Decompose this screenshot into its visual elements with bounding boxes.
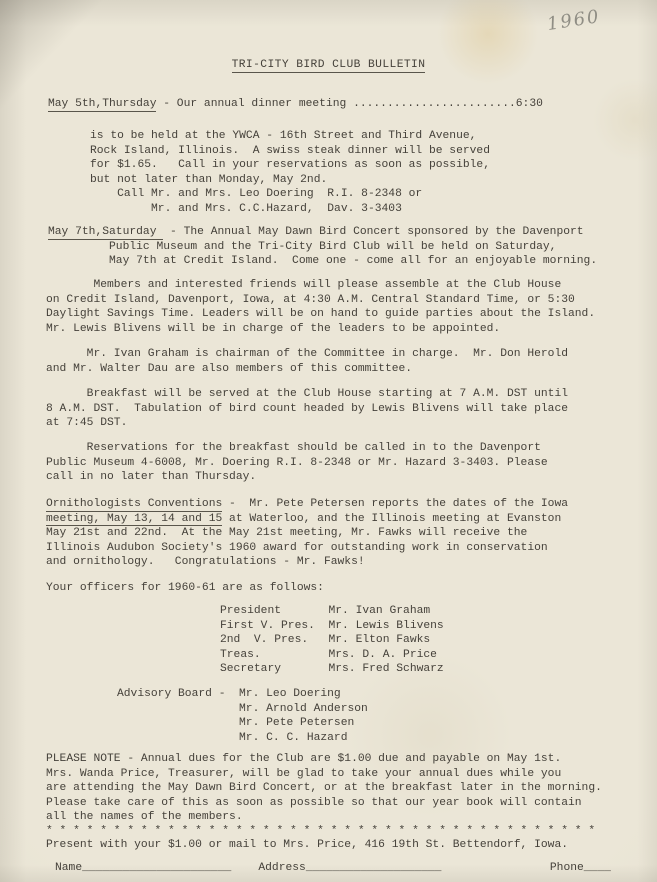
officers-intro: Your officers for 1960-61 are as follows…: [46, 581, 324, 596]
conventions-rest-1: - Mr. Pete Petersen reports the dates of…: [222, 498, 568, 510]
conventions-heading: Ornithologists Conventions: [46, 498, 222, 512]
membership-form-line: Name______________________ Address______…: [55, 861, 611, 876]
advisory-board-list: Advisory Board - Mr. Leo Doering Mr. Arn…: [117, 687, 368, 745]
handwritten-year: 1960: [546, 10, 601, 33]
present-instruction-line: Present with your $1.00 or mail to Mrs. …: [46, 838, 568, 853]
may5-heading-rest: - Our annual dinner meeting ............…: [156, 98, 542, 110]
committee-paragraph: Mr. Ivan Graham is chairman of the Commi…: [46, 347, 568, 376]
conventions-paragraph: Ornithologists Conventions - Mr. Pete Pe…: [46, 497, 568, 570]
may7-date-heading: May 7th,Saturday: [48, 226, 163, 240]
members-paragraph: Members and interested friends will plea…: [46, 278, 595, 336]
may5-heading-line: May 5th,Thursday - Our annual dinner mee…: [48, 97, 543, 112]
may5-body-paragraph: is to be held at the YWCA - 16th Street …: [90, 129, 490, 217]
page-title: TRI-CITY BIRD CLUB BULLETIN: [0, 58, 657, 73]
dues-note-paragraph: PLEASE NOTE - Annual dues for the Club a…: [46, 752, 602, 825]
may7-heading-paragraph: May 7th,Saturday - The Annual May Dawn B…: [48, 225, 597, 269]
bulletin-page: 1960 TRI-CITY BIRD CLUB BULLETIN May 5th…: [0, 0, 657, 882]
breakfast-paragraph: Breakfast will be served at the Club Hou…: [46, 387, 568, 431]
asterisk-separator: * * * * * * * * * * * * * * * * * * * * …: [46, 824, 595, 839]
conventions-dates-underlined: meeting, May 13, 14 and 15: [46, 513, 222, 527]
officers-table: President Mr. Ivan Graham First V. Pres.…: [220, 604, 444, 677]
reservations-paragraph: Reservations for the breakfast should be…: [46, 441, 548, 485]
may5-date-heading: May 5th,Thursday: [48, 98, 156, 112]
page-title-text: TRI-CITY BIRD CLUB BULLETIN: [232, 59, 426, 73]
